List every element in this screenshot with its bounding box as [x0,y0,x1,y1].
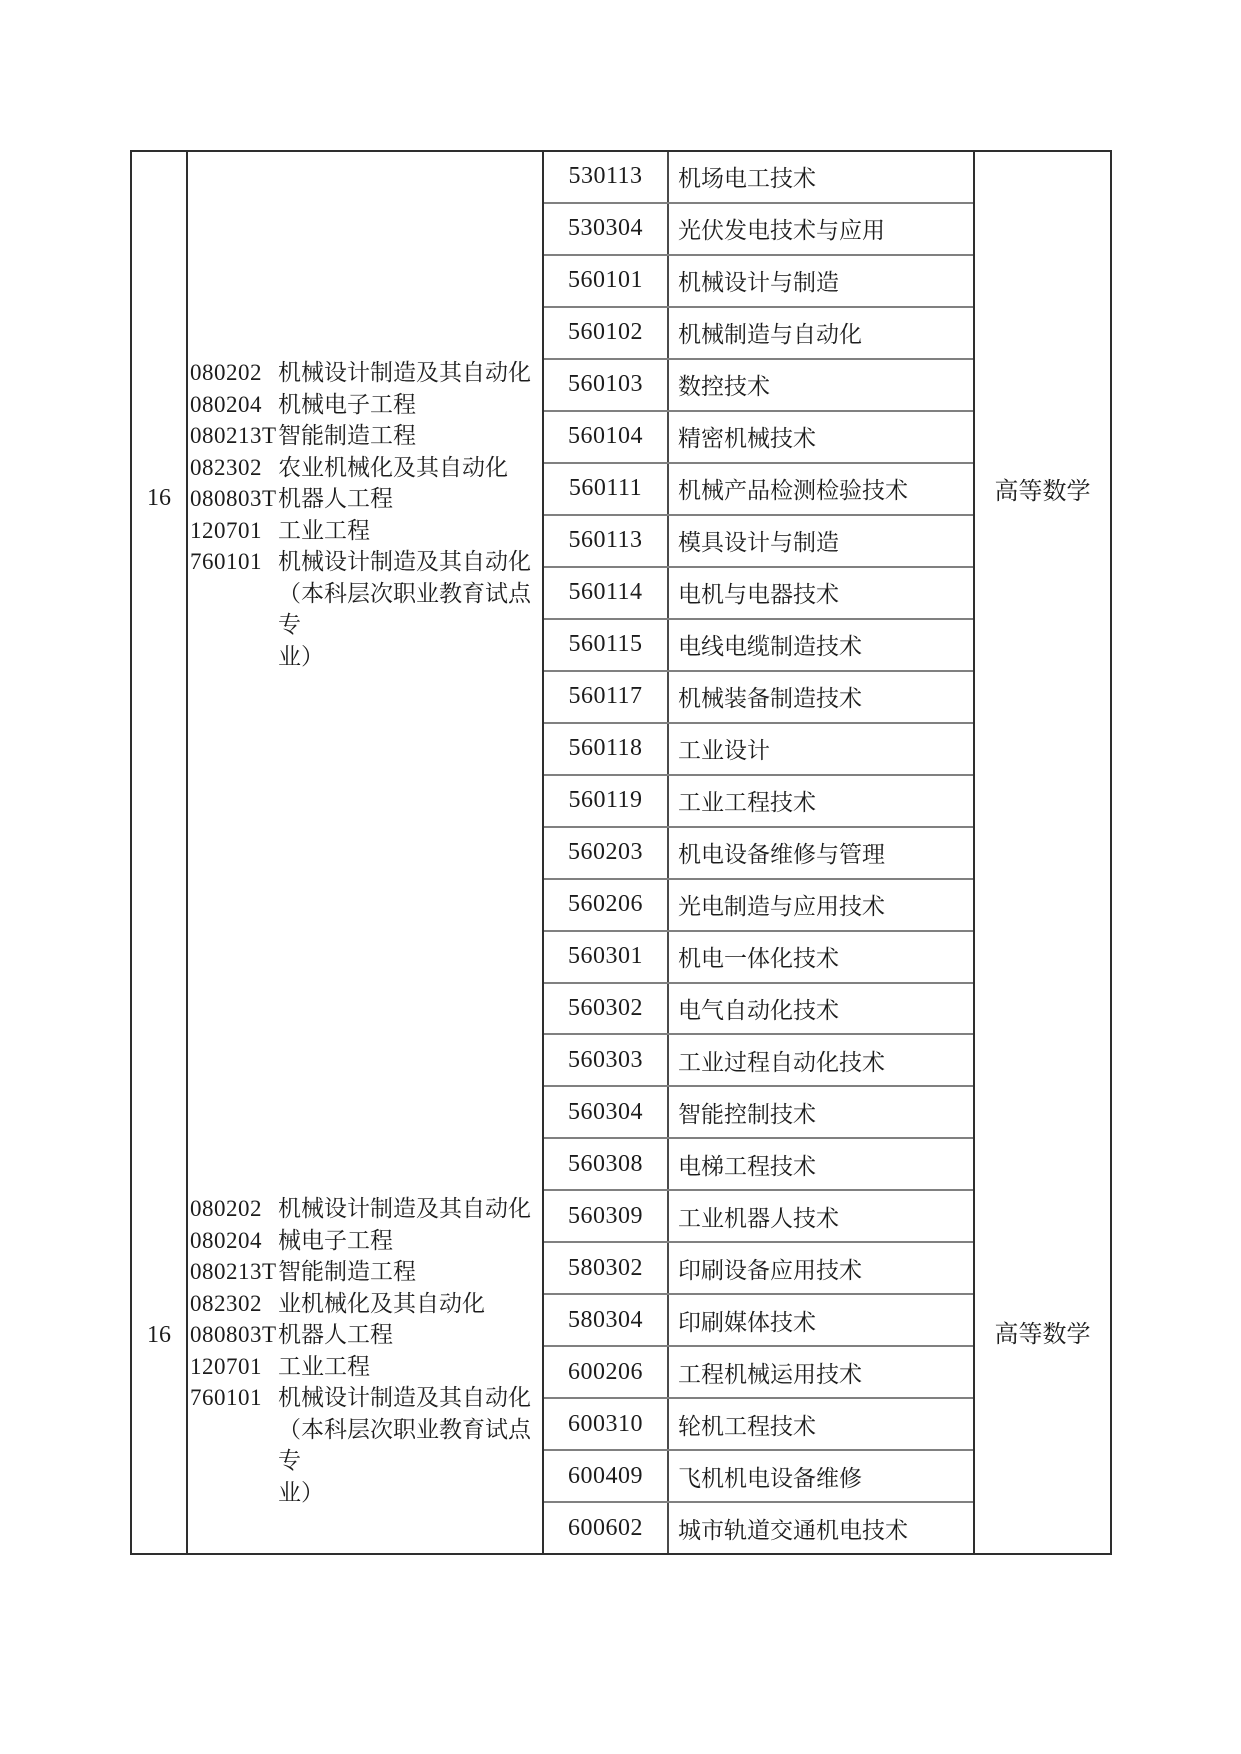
major-name-cell: 机械设计与制造 [669,256,973,306]
table-row: 560118 工业设计 [544,724,973,776]
undergrad-major-line: 082302 业机械化及其自动化 [190,1288,542,1320]
major-code-cell: 600206 [544,1347,669,1397]
undergrad-major-name: 机器人工程 [278,483,542,515]
major-code-cell: 560303 [544,1035,669,1085]
major-code-cell: 600310 [544,1399,669,1449]
undergrad-majors-column: 080202 机械设计制造及其自动化 080204 机械电子工程 080213T… [188,152,544,1553]
major-name-cell: 机械产品检测检验技术 [669,464,973,514]
undergrad-major-line: 080202 机械设计制造及其自动化 [190,357,542,389]
undergrad-major-name: 智能制造工程 [278,1256,542,1288]
major-name-cell: 光伏发电技术与应用 [669,204,973,254]
major-code-cell: 560101 [544,256,669,306]
table-row: 560301 机电一体化技术 [544,932,973,984]
major-code-cell: 560304 [544,1087,669,1137]
major-name-cell: 工程机械运用技术 [669,1347,973,1397]
major-name-cell: 印刷设备应用技术 [669,1243,973,1293]
undergrad-major-name: 农业机械化及其自动化 [278,452,542,484]
undergrad-major-code: 120701 [190,1351,278,1383]
major-code-cell: 600602 [544,1503,669,1553]
major-name-cell: 城市轨道交通机电技术 [669,1503,973,1553]
table-row: 560117 机械装备制造技术 [544,672,973,724]
undergrad-major-code: 080204 [190,1225,278,1257]
major-name-cell: 光电制造与应用技术 [669,880,973,930]
table-row: 560114 电机与电器技术 [544,568,973,620]
undergrad-major-name: 机械电子工程 [278,389,542,421]
table-row: 580304 印刷媒体技术 [544,1295,973,1347]
table-row: 600310 轮机工程技术 [544,1399,973,1451]
major-name-cell: 工业工程技术 [669,776,973,826]
undergrad-major-line: 080213T 智能制造工程 [190,420,542,452]
major-code-cell: 560119 [544,776,669,826]
undergrad-major-name: 机械设计制造及其自动化 [278,357,542,389]
undergrad-major-code: 760101 [190,546,278,578]
exam-subject-table: 16 16 080202 机械设计制造及其自动化 080204 机械电子工程 0… [130,150,1112,1555]
subject-label: 高等数学 [975,1319,1110,1351]
undergrad-major-code: 080803T [190,1319,278,1351]
undergrad-major-line: 080204 机械电子工程 [190,389,542,421]
serial-column: 16 16 [132,152,188,1553]
major-name-cell: 精密机械技术 [669,412,973,462]
table-row: 560308 电梯工程技术 [544,1139,973,1191]
major-code-cell: 560103 [544,360,669,410]
major-code-cell: 560308 [544,1139,669,1189]
undergrad-major-line: 760101 机械设计制造及其自动化 （本科层次职业教育试点专 业） [190,1382,542,1508]
major-name-cell: 机场电工技术 [669,152,973,202]
undergrad-major-code: 080213T [190,420,278,452]
major-code-cell: 560114 [544,568,669,618]
undergrad-major-line: 120701 工业工程 [190,515,542,547]
undergrad-major-name: 机械设计制造及其自动化 [278,1193,542,1225]
undergrad-major-line: 760101 机械设计制造及其自动化 （本科层次职业教育试点专 业） [190,546,542,672]
major-name-cell: 印刷媒体技术 [669,1295,973,1345]
undergrad-major-code: 080202 [190,1193,278,1225]
undergrad-major-line: 082302 农业机械化及其自动化 [190,452,542,484]
undergrad-major-code: 082302 [190,452,278,484]
major-code-cell: 560111 [544,464,669,514]
major-name-cell: 工业机器人技术 [669,1191,973,1241]
undergrad-major-name: 业机械化及其自动化 [278,1288,542,1320]
undergrad-major-block: 080202 机械设计制造及其自动化 080204 械电子工程 080213T … [190,1193,542,1508]
undergrad-major-block: 080202 机械设计制造及其自动化 080204 机械电子工程 080213T… [190,357,542,672]
undergrad-major-code: 120701 [190,515,278,547]
serial-number: 16 [132,482,186,514]
major-name-cell: 工业设计 [669,724,973,774]
major-name-cell: 电机与电器技术 [669,568,973,618]
table-row: 530304 光伏发电技术与应用 [544,204,973,256]
major-code-cell: 600409 [544,1451,669,1501]
table-row: 560102 机械制造与自动化 [544,308,973,360]
major-code-cell: 560206 [544,880,669,930]
major-name-cell: 机械制造与自动化 [669,308,973,358]
major-code-cell: 530304 [544,204,669,254]
undergrad-major-name: 机械设计制造及其自动化 （本科层次职业教育试点专 业） [278,546,542,672]
undergrad-major-code: 082302 [190,1288,278,1320]
major-code-cell: 560104 [544,412,669,462]
major-name-cell: 电梯工程技术 [669,1139,973,1189]
major-code-cell: 530113 [544,152,669,202]
undergrad-major-code: 080803T [190,483,278,515]
undergrad-major-code: 080202 [190,357,278,389]
major-name-cell: 电气自动化技术 [669,984,973,1034]
vocational-majors-rows: 530113 机场电工技术 530304 光伏发电技术与应用 560101 机械… [544,152,975,1553]
undergrad-major-name: 机械设计制造及其自动化 （本科层次职业教育试点专 业） [278,1382,542,1508]
table-row: 560104 精密机械技术 [544,412,973,464]
document-page: 16 16 080202 机械设计制造及其自动化 080204 机械电子工程 0… [0,0,1241,1754]
serial-number: 16 [132,1319,186,1351]
major-name-cell: 智能控制技术 [669,1087,973,1137]
major-name-cell: 工业过程自动化技术 [669,1035,973,1085]
major-code-cell: 560113 [544,516,669,566]
major-code-cell: 560302 [544,984,669,1034]
major-code-cell: 560203 [544,828,669,878]
table-row: 560115 电线电缆制造技术 [544,620,973,672]
undergrad-major-name: 机器人工程 [278,1319,542,1351]
major-name-cell: 机械装备制造技术 [669,672,973,722]
major-code-cell: 560117 [544,672,669,722]
major-code-cell: 560301 [544,932,669,982]
undergrad-major-name: 智能制造工程 [278,420,542,452]
table-row: 580302 印刷设备应用技术 [544,1243,973,1295]
table-row: 600409 飞机机电设备维修 [544,1451,973,1503]
table-row: 600206 工程机械运用技术 [544,1347,973,1399]
table-row: 560304 智能控制技术 [544,1087,973,1139]
undergrad-major-name: 工业工程 [278,1351,542,1383]
table-row: 560206 光电制造与应用技术 [544,880,973,932]
major-name-cell: 轮机工程技术 [669,1399,973,1449]
undergrad-major-line: 080803T 机器人工程 [190,483,542,515]
undergrad-major-line: 080213T 智能制造工程 [190,1256,542,1288]
table-row: 560101 机械设计与制造 [544,256,973,308]
table-row: 530113 机场电工技术 [544,152,973,204]
table-row: 560103 数控技术 [544,360,973,412]
major-code-cell: 580302 [544,1243,669,1293]
major-name-cell: 数控技术 [669,360,973,410]
undergrad-major-code: 080213T [190,1256,278,1288]
major-code-cell: 560102 [544,308,669,358]
undergrad-major-name: 工业工程 [278,515,542,547]
major-code-cell: 560309 [544,1191,669,1241]
subject-label: 高等数学 [975,476,1110,508]
major-name-cell: 机电一体化技术 [669,932,973,982]
undergrad-major-name: 械电子工程 [278,1225,542,1257]
major-name-cell: 电线电缆制造技术 [669,620,973,670]
undergrad-major-code: 760101 [190,1382,278,1414]
undergrad-major-line: 080204 械电子工程 [190,1225,542,1257]
table-row: 560302 电气自动化技术 [544,984,973,1036]
major-name-cell: 模具设计与制造 [669,516,973,566]
major-code-cell: 580304 [544,1295,669,1345]
major-name-cell: 飞机机电设备维修 [669,1451,973,1501]
major-code-cell: 560115 [544,620,669,670]
undergrad-major-line: 080202 机械设计制造及其自动化 [190,1193,542,1225]
table-row: 560111 机械产品检测检验技术 [544,464,973,516]
undergrad-major-line: 080803T 机器人工程 [190,1319,542,1351]
undergrad-major-code: 080204 [190,389,278,421]
table-row: 560203 机电设备维修与管理 [544,828,973,880]
major-code-cell: 560118 [544,724,669,774]
table-row: 560309 工业机器人技术 [544,1191,973,1243]
major-name-cell: 机电设备维修与管理 [669,828,973,878]
table-row: 560113 模具设计与制造 [544,516,973,568]
table-row: 600602 城市轨道交通机电技术 [544,1503,973,1553]
subject-column: 高等数学 高等数学 [975,152,1110,1553]
undergrad-major-line: 120701 工业工程 [190,1351,542,1383]
table-row: 560119 工业工程技术 [544,776,973,828]
table-row: 560303 工业过程自动化技术 [544,1035,973,1087]
